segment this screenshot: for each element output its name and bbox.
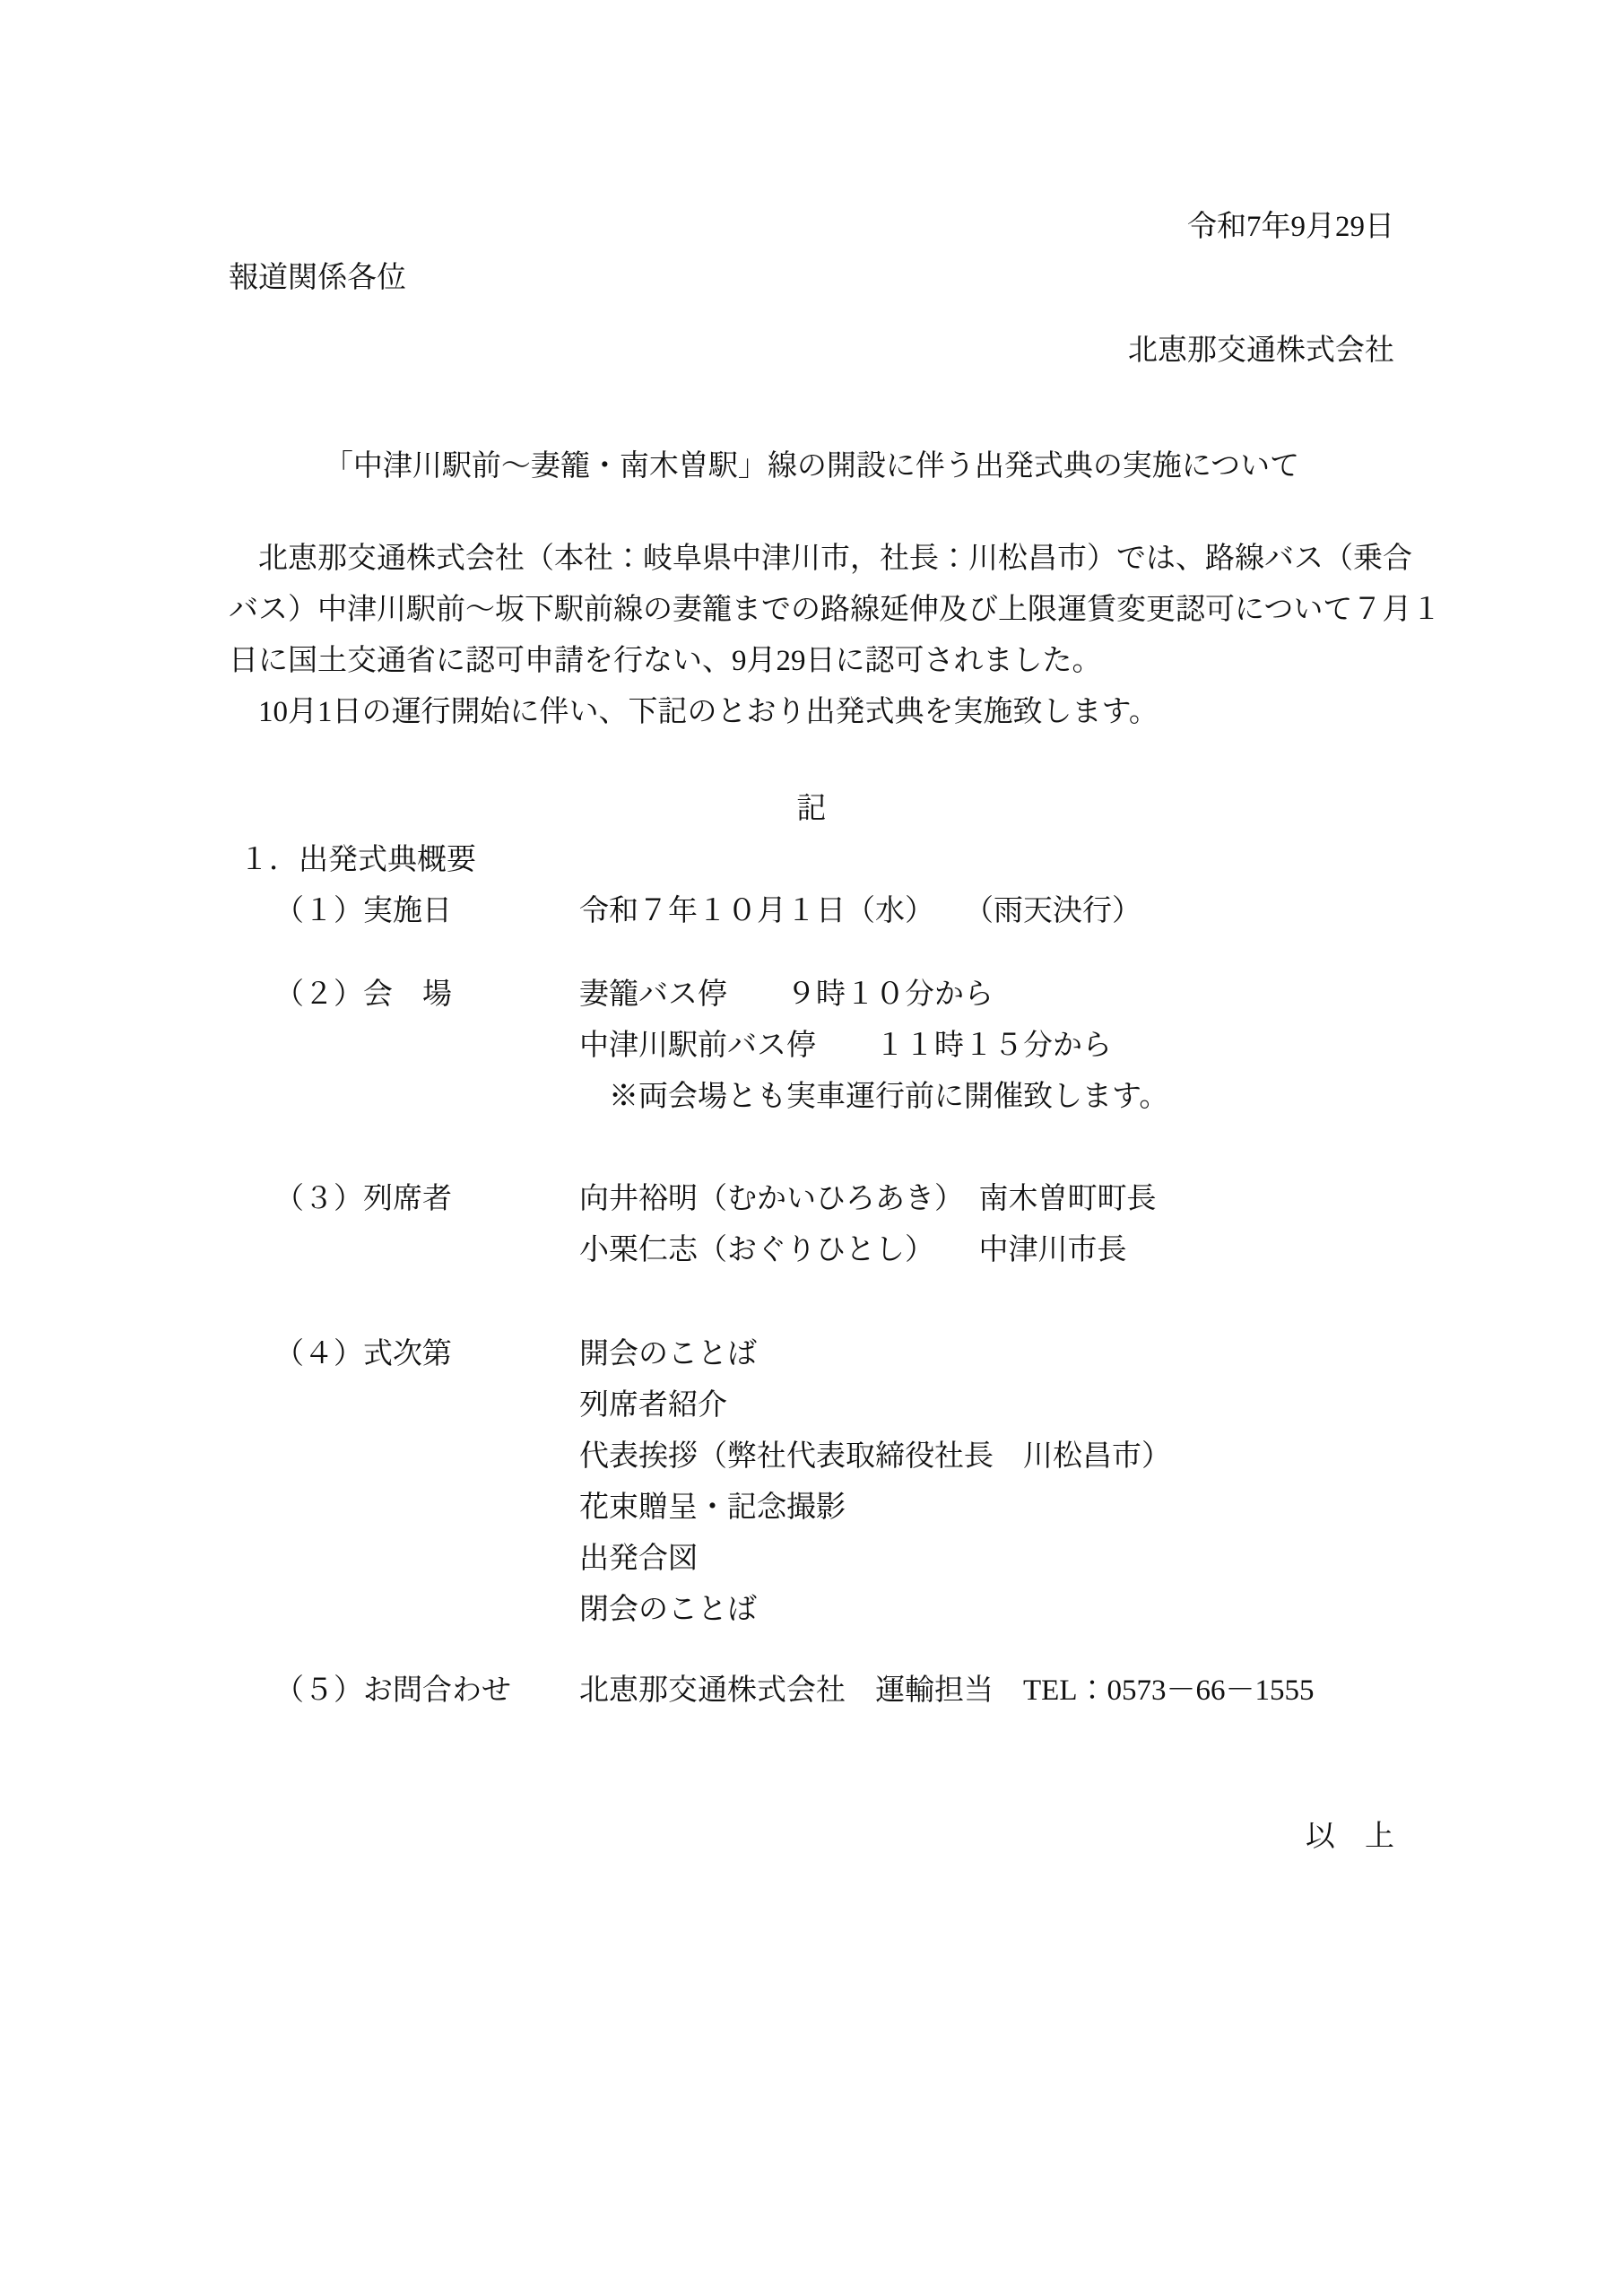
body-paragraph: 北恵那交通株式会社（本社：岐阜県中津川市，社長：川松昌市）では、路線バス（乗合 … xyxy=(229,534,1394,738)
outline-row: 中津川駅前バス停 １１時１５分から xyxy=(229,1021,1394,1072)
section-implementation-date: （１）実施日 令和７年１０月１日（水） （雨天決行） xyxy=(229,886,1394,937)
item-label-spacer xyxy=(274,1483,579,1534)
item-label-spacer xyxy=(274,1225,579,1276)
body-line: 10月1日の運行開始に伴い、下記のとおり出発式典を実施致します。 xyxy=(229,687,1394,738)
item-label-spacer xyxy=(274,1072,579,1123)
item-value: 妻籠バス停 ９時１０分から xyxy=(579,970,1394,1021)
item-value: 令和７年１０月１日（水） （雨天決行） xyxy=(579,886,1394,937)
item-value: 閉会のことば xyxy=(579,1585,1394,1636)
item-label: （５）お問合わせ xyxy=(274,1665,579,1717)
outline-row: 閉会のことば xyxy=(229,1585,1394,1636)
outline-row: 花束贈呈・記念撮影 xyxy=(229,1483,1394,1534)
item-value: 北恵那交通株式会社 運輸担当 TEL：0573－66－1555 xyxy=(579,1665,1394,1717)
item-value: 開会のことば xyxy=(579,1329,1394,1380)
body-line: 北恵那交通株式会社（本社：岐阜県中津川市，社長：川松昌市）では、路線バス（乗合 xyxy=(229,534,1394,585)
item-label: （２）会 場 xyxy=(274,970,579,1021)
section-venue: （２）会 場 妻籠バス停 ９時１０分から 中津川駅前バス停 １１時１５分から ※… xyxy=(229,970,1394,1123)
body-line: 日に国土交通省に認可申請を行ない、9月29日に認可されました。 xyxy=(229,636,1394,687)
section-attendees: （３）列席者 向井裕明（むかいひろあき） 南木曽町町長 小栗仁志（おぐりひとし）… xyxy=(229,1174,1394,1276)
outline-row: 小栗仁志（おぐりひとし） 中津川市長 xyxy=(229,1225,1394,1276)
outline-row: （２）会 場 妻籠バス停 ９時１０分から xyxy=(229,970,1394,1021)
item-label-spacer xyxy=(274,1021,579,1072)
outline-row: （１）実施日 令和７年１０月１日（水） （雨天決行） xyxy=(229,886,1394,937)
item-label-spacer xyxy=(274,1534,579,1585)
item-label: （３）列席者 xyxy=(274,1174,579,1225)
item-label: （１）実施日 xyxy=(274,886,579,937)
item-value: 小栗仁志（おぐりひとし） 中津川市長 xyxy=(579,1225,1394,1276)
item-value: 列席者紹介 xyxy=(579,1380,1394,1431)
outline-row: （５）お問合わせ 北恵那交通株式会社 運輸担当 TEL：0573－66－1555 xyxy=(229,1665,1394,1717)
document-date: 令和7年9月29日 xyxy=(229,202,1394,253)
sender-company: 北恵那交通株式会社 xyxy=(229,326,1394,377)
document-title: 「中津川駅前～妻籠・南木曽駅」線の開設に伴う出発式典の実施について xyxy=(229,441,1394,492)
outline-heading: １．出発式典概要 xyxy=(229,835,1394,886)
section-ceremony-program: （４）式次第 開会のことば 列席者紹介 代表挨拶（弊社代表取締役社長 川松昌市）… xyxy=(229,1329,1394,1636)
closing-mark: 以 上 xyxy=(229,1812,1394,1863)
item-value: 花束贈呈・記念撮影 xyxy=(579,1483,1394,1534)
outline-row: ※両会場とも実車運行前に開催致します。 xyxy=(229,1072,1394,1123)
item-value: 向井裕明（むかいひろあき） 南木曽町町長 xyxy=(579,1174,1394,1225)
outline-row: 列席者紹介 xyxy=(229,1380,1394,1431)
recipient-line: 報道関係各位 xyxy=(229,253,1394,304)
item-label-spacer xyxy=(274,1380,579,1431)
item-value: 出発合図 xyxy=(579,1534,1394,1585)
press-release-page: 令和7年9月29日 報道関係各位 北恵那交通株式会社 「中津川駅前～妻籠・南木曽… xyxy=(0,0,1623,2296)
outline-row: （３）列席者 向井裕明（むかいひろあき） 南木曽町町長 xyxy=(229,1174,1394,1225)
outline-row: （４）式次第 開会のことば xyxy=(229,1329,1394,1380)
outline-row: 代表挨拶（弊社代表取締役社長 川松昌市） xyxy=(229,1431,1394,1483)
item-label: （４）式次第 xyxy=(274,1329,579,1380)
section-contact: （５）お問合わせ 北恵那交通株式会社 運輸担当 TEL：0573－66－1555 xyxy=(229,1665,1394,1717)
ki-marker: 記 xyxy=(229,784,1394,835)
item-value: 代表挨拶（弊社代表取締役社長 川松昌市） xyxy=(579,1431,1394,1483)
item-value: 中津川駅前バス停 １１時１５分から xyxy=(579,1021,1394,1072)
item-value-note: ※両会場とも実車運行前に開催致します。 xyxy=(579,1072,1394,1123)
outline-row: 出発合図 xyxy=(229,1534,1394,1585)
body-line: バス）中津川駅前～坂下駅前線の妻籠までの路線延伸及び上限運賃変更認可について７月… xyxy=(229,585,1394,636)
item-label-spacer xyxy=(274,1585,579,1636)
item-label-spacer xyxy=(274,1431,579,1483)
